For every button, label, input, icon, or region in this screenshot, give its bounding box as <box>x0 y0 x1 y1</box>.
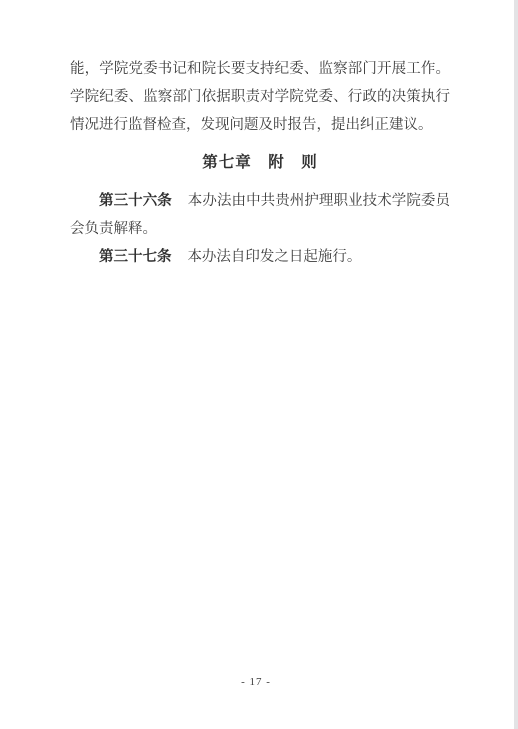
page-edge-strip <box>514 0 518 729</box>
chapter-heading: 第七章 附 则 <box>70 149 450 177</box>
article-37-number: 第三十七条 <box>99 249 172 265</box>
article-37: 第三十七条本办法自印发之日起施行。 <box>70 243 450 271</box>
body-paragraph-continuation: 能，学院党委书记和院长要支持纪委、监察部门开展工作。学院纪委、监察部门依据职责对… <box>70 55 450 139</box>
document-content: 能，学院党委书记和院长要支持纪委、监察部门开展工作。学院纪委、监察部门依据职责对… <box>70 55 450 271</box>
page-number: - 17 - <box>241 676 271 688</box>
document-page: 能，学院党委书记和院长要支持纪委、监察部门开展工作。学院纪委、监察部门依据职责对… <box>0 0 518 729</box>
page-footer: - 17 - <box>0 672 512 690</box>
article-36-number: 第三十六条 <box>99 193 172 209</box>
article-37-text: 本办法自印发之日起施行。 <box>187 249 361 265</box>
article-36: 第三十六条本办法由中共贵州护理职业技术学院委员会负责解释。 <box>70 187 450 243</box>
